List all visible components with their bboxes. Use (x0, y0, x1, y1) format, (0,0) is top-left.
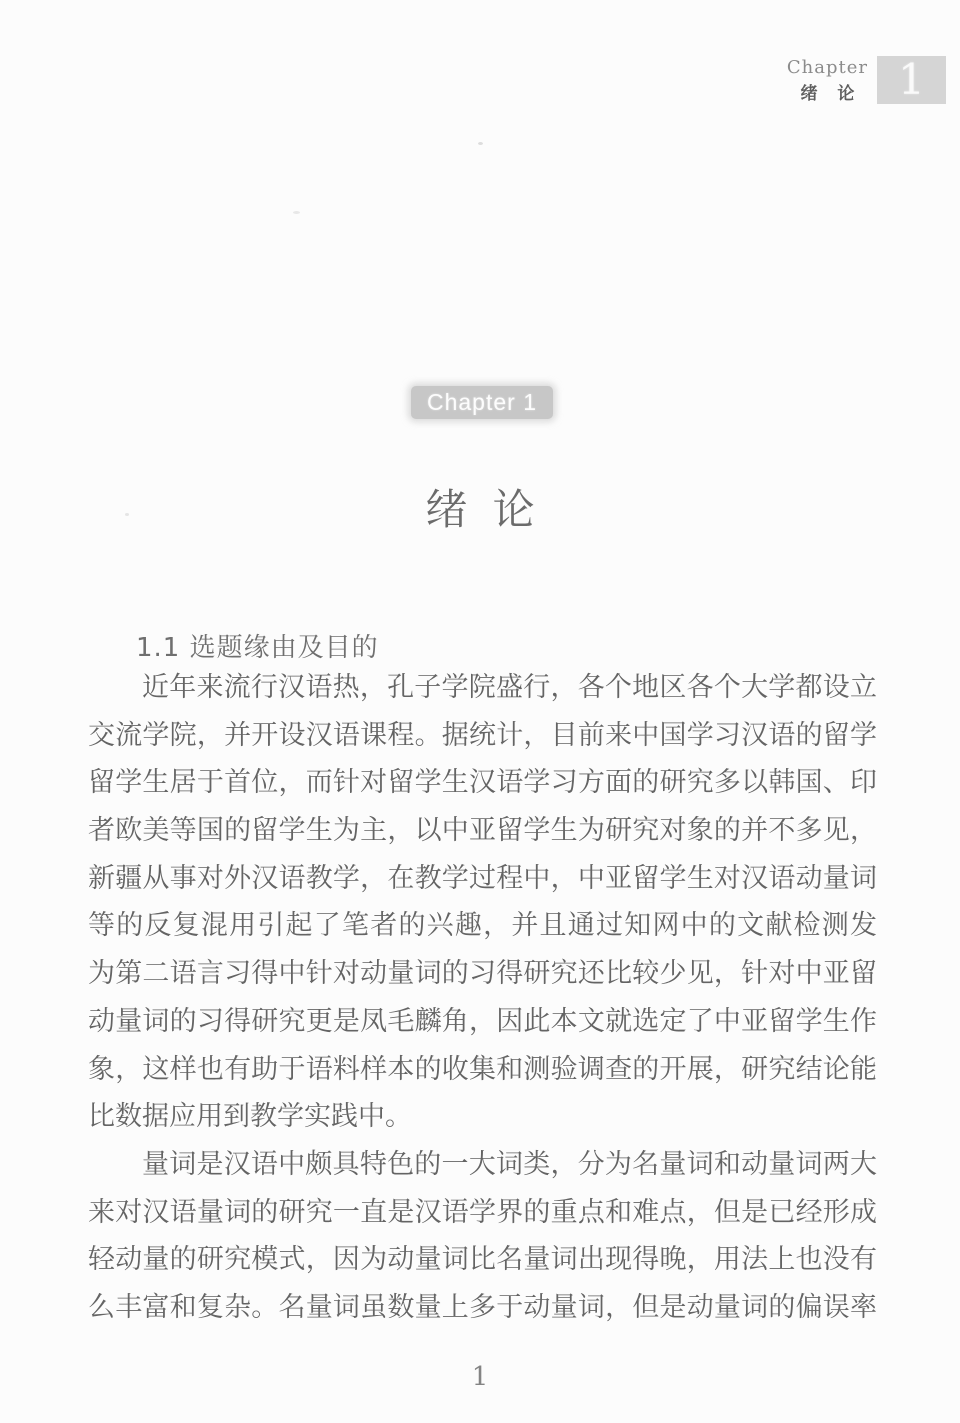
scan-artifact (478, 142, 483, 145)
chapter-badge-label: Chapter 1 (427, 389, 537, 416)
running-chapter-title: 绪 论 (800, 79, 854, 104)
paragraph-line: 动量词的习得研究更是凤毛麟角，因此本文就选定了中亚留学生作为研究对 (88, 998, 877, 1046)
chapter-badge: Chapter 1 (411, 386, 553, 419)
chapter-title: 绪 论 (0, 477, 960, 537)
paragraph-line: 比数据应用到教学实践中。 (88, 1093, 877, 1141)
body-text: 近年来流行汉语热，孔子学院盛行，各个地区各个大学都设立了国际文化 交流学院，并开… (88, 664, 877, 1332)
paragraph-line: 近年来流行汉语热，孔子学院盛行，各个地区各个大学都设立了国际文化 (88, 664, 877, 712)
running-header-text: Chapter 绪 论 (787, 57, 868, 104)
paragraph-line: 新疆从事对外汉语教学，在教学过程中，中亚留学生对汉语动量词“次、遍” (88, 855, 877, 903)
page-number: 1 (0, 1362, 960, 1392)
scan-artifact (293, 211, 300, 214)
paragraph-line: 么丰富和复杂。名量词虽数量上多于动量词，但是动量词的偏误率最高，动量 (88, 1284, 877, 1332)
paragraph-line: 等的反复混用引起了笔者的兴趣，并且通过知网中的文献检测发现，以汉语作 (88, 902, 877, 950)
book-page: Chapter 绪 论 1 Chapter 1 绪 论 1.1 选题缘由及目的 … (0, 0, 960, 1423)
running-chapter-label: Chapter (787, 57, 868, 78)
paragraph-line: 交流学院，并开设汉语课程。据统计，目前来中国学习汉语的留学生中，中亚 (88, 712, 877, 760)
paragraph-line: 留学生居于首位，而针对留学生汉语学习方面的研究多以韩国、印尼、日本或 (88, 759, 877, 807)
running-header: Chapter 绪 论 1 (787, 56, 946, 104)
paragraph-line: 者欧美等国的留学生为主，以中亚留学生为研究对象的并不多见，由于本人在 (88, 807, 877, 855)
paragraph-line: 为第二语言习得中针对动量词的习得研究还比较少见，针对中亚留学生的汉语 (88, 950, 877, 998)
section-heading: 1.1 选题缘由及目的 (136, 627, 379, 664)
chapter-number-box: 1 (877, 56, 946, 104)
paragraph-line: 来对汉语量词的研究一直是汉语学界的重点和难点，但是已经形成了重名量、 (88, 1189, 877, 1237)
paragraph-line: 量词是汉语中颇具特色的一大词类，分为名量词和动量词两大类，长期以 (88, 1141, 877, 1189)
paragraph-line: 象，这样也有助于语料样本的收集和测验调查的开展，研究结论能以最大产出 (88, 1046, 877, 1094)
paragraph-line: 轻动量的研究模式，因为动量词比名量词出现得晚，用法上也没有名量词那 (88, 1236, 877, 1284)
